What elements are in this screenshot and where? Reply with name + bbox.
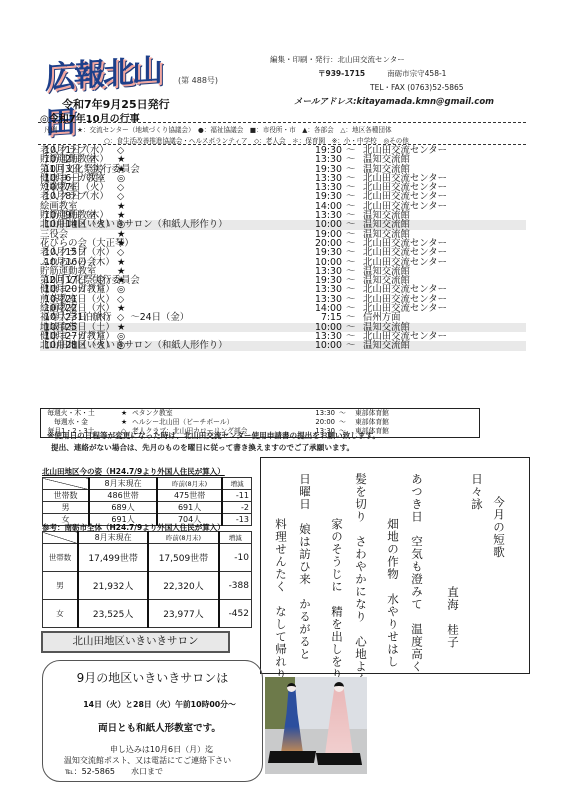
table-cell: 22,320人 [148,572,218,600]
schedule-time: 10:00 [304,341,342,350]
table-header-row: 8月末現在昨前(8月末)増減 [43,478,252,490]
table-header-cell: 昨前(8月末) [148,532,218,544]
table-cell: 23,977人 [148,600,218,628]
table-header-cell: 昨前(8月末) [157,478,222,490]
schedule-row: 10月6日（月）◎健康ヨーガ教室13:30～北山田交流センター [40,174,526,183]
table-cell: 475世帯 [157,490,222,502]
table-row: 世帯数17,499世帯17,509世帯-10 [43,544,252,572]
weekly-tilde: ～ [339,418,346,427]
weekly-event: ペタンク教室 [132,409,173,418]
table-cell: -388 [219,572,252,600]
tanka-subtitle: 日々詠 [469,473,485,511]
schedule-row: 10月3日（金）★第1回文化祭実行委員会19:30～温知交流館 [40,165,526,174]
table-row: 男21,932人22,320人-388 [43,572,252,600]
city-population-table: 8月末現在昨前(8月末)増減世帯数17,499世帯17,509世帯-10男21,… [42,531,252,628]
schedule-list: 10月1日（水）◇老人クラブ19:30～北山田交流センター10月2日（木）★貯筋… [40,146,526,351]
table-cell: -10 [219,544,252,572]
table-cell: 男 [43,572,78,600]
tanka-poem-1-line-1: あつき日 空気も澄みて 温度高く [409,473,425,673]
salon-heading: 北山田地区いきいきサロン [41,631,230,653]
schedule-legend: 凡例 ★：交流センター（地域づくり協議会） ●：福祉協議会 ■：市役所・市 ▲：… [38,122,526,145]
schedule-mark: ◎ [117,341,125,350]
legend-text-1: ★：交流センター（地域づくり協議会） ●：福祉協議会 ■：市役所・市 ▲：各部会… [77,126,392,134]
table-row: 男689人691人-2 [43,502,252,514]
weekly-mark: ★ [121,418,127,427]
table-cell: 17,499世帯 [78,544,148,572]
tanka-poem-2-line-2: 家のそうじに 精を出しをり [329,518,345,681]
district-population-title: 北山田地区今の姿（H24.7/9より外国人住民が算入） [42,466,225,477]
publisher-info: 編集・印刷・発行：北山田交流センター 〒939-1715南砺市宗守458-1 T… [270,53,494,109]
legend-label: 凡例 [44,126,57,134]
schedule-place: 温知交流館 [363,341,410,350]
schedule-row: 10月7日（火）◇短歌教室13:30～北山田交流センター [40,183,526,192]
table-header-cell: 増減 [219,532,252,544]
table-cell: 世帯数 [43,544,78,572]
table-cell: 女 [43,600,78,628]
weekly-event: ヘルシー北山田（ビーチボール） [132,418,233,427]
table-cell: 世帯数 [43,490,90,502]
table-cell: 691人 [157,502,222,514]
salon-description: 両日とも和紙人形教室です。 [43,720,262,734]
address: 南砺市宗守458-1 [387,69,446,78]
postal-address: 〒939-1715南砺市宗守458-1 [270,67,494,81]
weekly-time: 20:00 [305,418,335,427]
legend-line-2: ○：食生活改善推進協議会・ヘルスボランティア ◇：老人会 ＊：保育園 ※：小・中… [104,135,409,145]
schedule-row: 10月28日（火）◎北山田地区いきいきサロン（和紙人形作り）10:00～温知交流… [40,341,526,350]
table-cell: 689人 [89,502,157,514]
tel-fax: TEL・FAX (0763)52-5865 [270,81,494,95]
schedule-row: 10月8日（水）◇老人クラブ19:30～北山田交流センター [40,192,526,201]
weekly-row: 毎週水・金★ヘルシー北山田（ビーチボール）20:00～東部体育館 [41,418,479,427]
weekly-row: 毎週火・木・土★ペタンク教室13:30～東部体育館 [41,409,479,418]
tanka-author: 直海 桂子 [445,586,461,649]
district-population-table: 8月末現在昨前(8月末)増減世帯数486世帯475世帯-11男689人691人-… [42,477,252,526]
issue-number: (第 488号) [178,75,218,86]
table-cell: -11 [222,490,251,502]
weekly-place: 東部体育館 [355,418,389,427]
table-header-cell [43,478,90,490]
tanka-poem-2-line-1: 髪を切り さわやかになり 心地よく [353,473,369,686]
salon-info-box: 9月の地区いきいきサロンは 14日（火）と28日（火）午前10時00分～ 両日と… [42,660,263,782]
tanka-poem-1-line-2: 畑地の作物 水やりせはし [385,518,401,668]
salon-title: 9月の地区いきいきサロンは [43,669,262,686]
table-header-cell: 8月末現在 [89,478,157,490]
publisher-line: 編集・印刷・発行：北山田交流センター [270,53,494,67]
table-cell: -13 [222,514,251,526]
schedule-row: 10月1日（水）◇老人クラブ19:30～北山田交流センター [40,146,526,155]
table-cell: 486世帯 [89,490,157,502]
weekly-tilde: ～ [339,409,346,418]
salon-tel: ℡：52-5865 [65,767,115,776]
weekly-day: 毎週水・金 [41,418,101,427]
weekly-place: 東部体育館 [355,409,389,418]
tanka-poem-3-line-2: 料理せんたく なして帰れり [273,518,289,681]
table-cell: 23,525人 [78,600,148,628]
schedule-tilde: ～ [346,341,355,350]
tanka-box: 今月の短歌 日々詠 直海 桂子 あつき日 空気も澄みて 温度高く 畑地の作物 水… [260,457,530,674]
weekly-day: 毎週火・木・土 [41,409,101,418]
washi-doll-photo [265,677,367,774]
note-line-2: 提出、連絡がない場合は、先月のものを曜日に従って書き換えますのでご了承願います。 [47,442,380,454]
salon-apply-deadline: 申し込みは10月6日（月）迄 [43,744,262,755]
schedule-date: 10月28日（火） [44,341,115,350]
salon-contact-person: 水口まで [131,767,163,776]
salon-dates: 14日（火）と28日（火）午前10時00分～ [43,699,262,710]
legend-line-1: 凡例 ★：交流センター（地域づくり協議会） ●：福祉協議会 ■：市役所・市 ▲：… [44,124,392,134]
schedule-row: 10月16日（木）★ふれあいの会10:00～北山田交流センター [40,258,526,267]
postal-code: 〒939-1715 [318,69,365,78]
table-cell: -2 [222,502,251,514]
table-header-cell [43,532,78,544]
salon-contact: 温知交流館ポスト、又は電話にてご連絡下さい [33,755,262,766]
table-cell: -452 [219,600,252,628]
weekly-time: 13:30 [305,409,335,418]
salon-phone: ℡：52-5865水口まで [43,766,262,777]
table-row: 世帯数486世帯475世帯-11 [43,490,252,502]
schedule-note: ※使用日の日程等が変更になった時は、北山田交流センター使用申請書の提出をお願い致… [47,430,380,454]
table-header-cell: 8月末現在 [78,532,148,544]
table-cell: 男 [43,502,90,514]
table-header-row: 8月末現在昨前(8月末)増減 [43,532,252,544]
tanka-poem-3-line-1: 日曜日 娘は訪ひ来 かるがると [297,473,313,661]
email-address: メールアドレス:kitayamada.kmn@gmail.com [270,95,494,109]
weekly-mark: ★ [121,409,127,418]
table-row: 女23,525人23,977人-452 [43,600,252,628]
table-cell: 17,509世帯 [148,544,218,572]
schedule-row: ★絵画教室14:00～北山田交流センター [40,202,526,211]
table-header-cell: 増減 [222,478,251,490]
note-line-1: ※使用日の日程等が変更になった時は、北山田交流センター使用申請書の提出をお願い致… [47,430,380,442]
table-cell: 21,932人 [78,572,148,600]
schedule-row: 10月14日（火）◎北山田地区いきいきサロン（和紙人形作り）10:00～温知交流… [40,220,526,229]
tanka-title: 今月の短歌 [491,496,507,559]
newsletter-logo: 広報北山田 [45,44,170,101]
